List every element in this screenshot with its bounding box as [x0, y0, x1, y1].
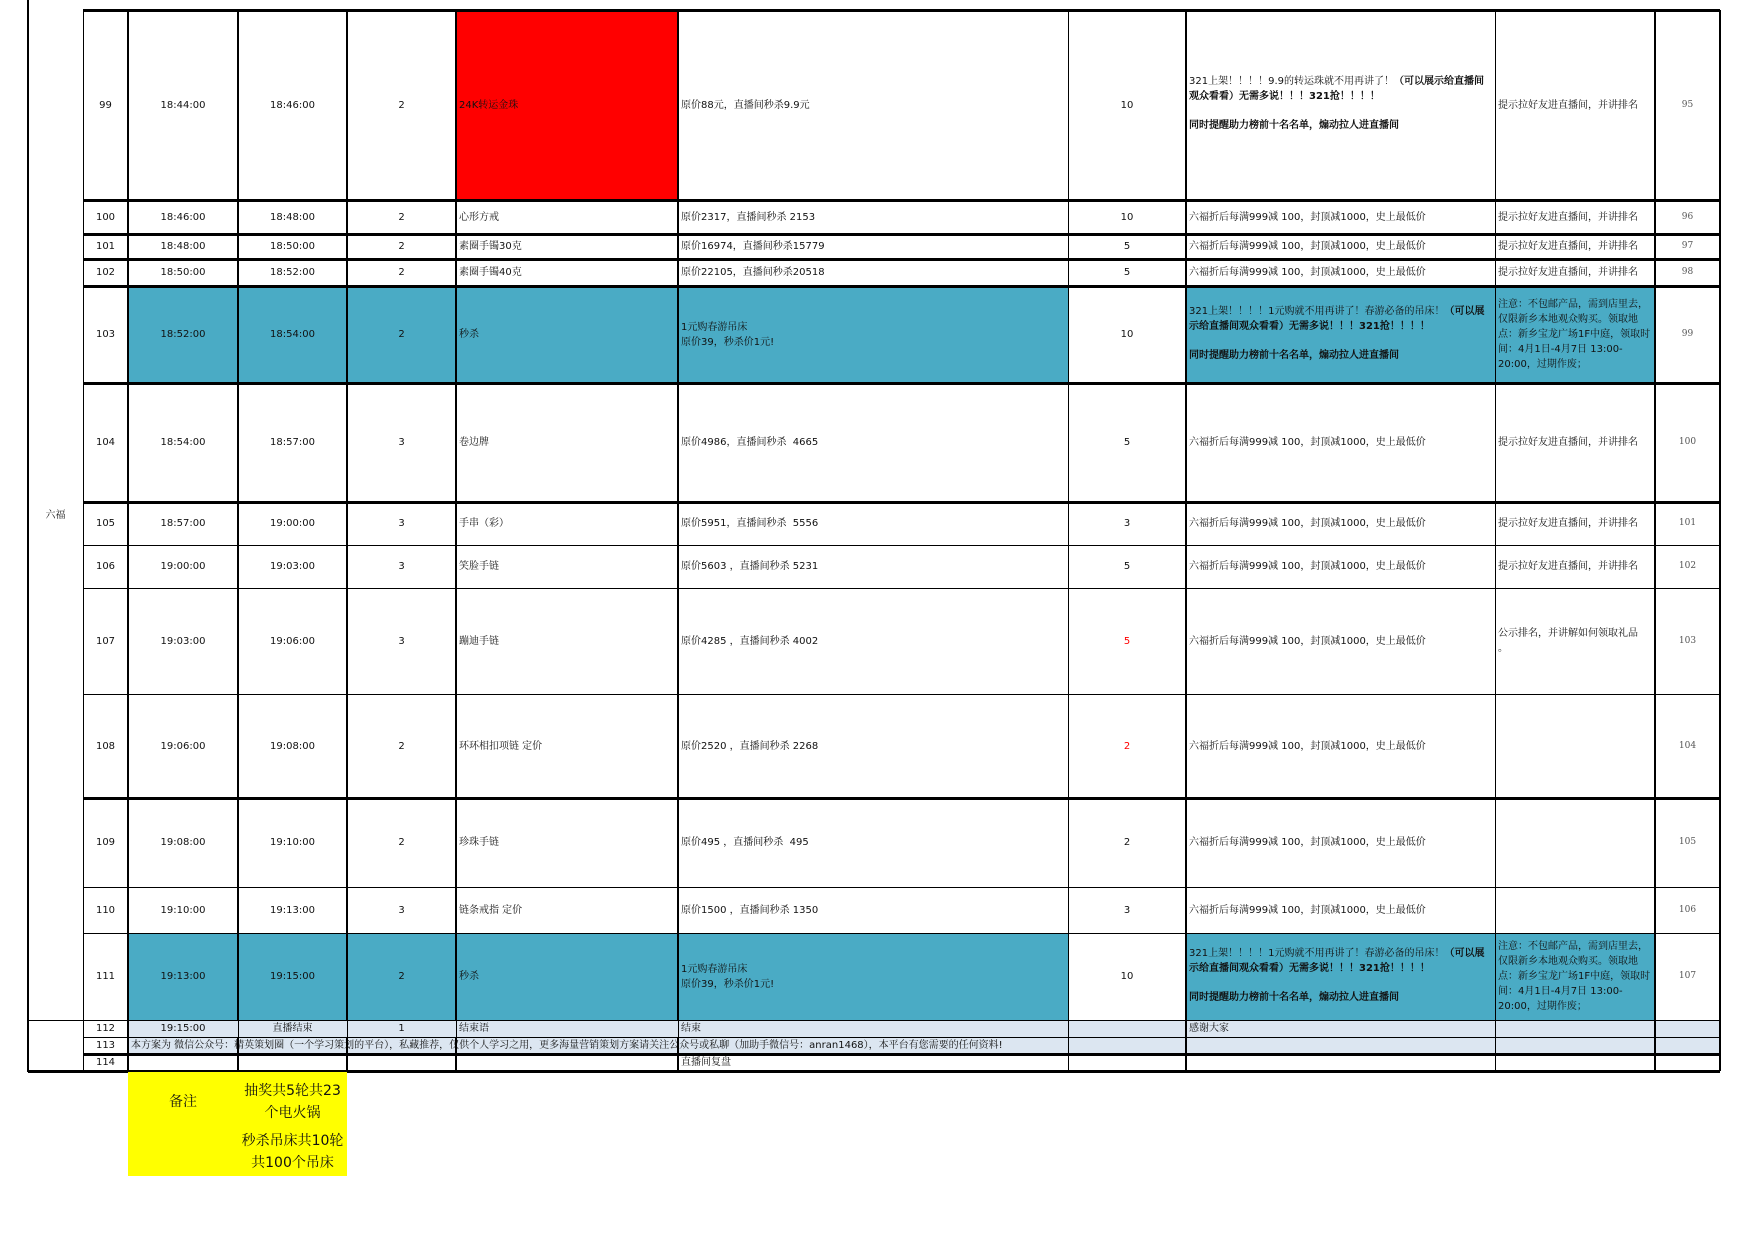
quantity: 3: [1068, 502, 1186, 545]
quantity: 2: [1068, 798, 1186, 887]
script-text: 321上架！！！！1元购就不用再讲了！春游必备的吊床！: [1189, 948, 1444, 959]
host-note: 提示拉好友进直播间，并讲排名: [1495, 259, 1655, 286]
duration: 3: [347, 502, 456, 545]
price-description: 原价5603 ，直播间秒杀 5231: [678, 545, 1068, 588]
row-number: 104: [83, 383, 128, 502]
host-note: 提示拉好友进直播间，并讲排名: [1495, 545, 1655, 588]
price-description: 直播间复盘: [678, 1054, 1068, 1071]
grid-line: [677, 1037, 679, 1071]
reference-number: 107: [1655, 933, 1720, 1020]
product-name: 链条戒指 定价: [456, 887, 678, 933]
host-note: 提示拉好友进直播间，并讲排名: [1495, 234, 1655, 259]
quantity: 5: [1068, 588, 1186, 694]
host-note: 注意：不包邮产品，需到店里去，仅限新乡本地观众购买。领取地点：新乡宝龙广场1F中…: [1495, 933, 1655, 1020]
price-description: 原价22105，直播间秒杀20518: [678, 259, 1068, 286]
product-name: 结束语: [456, 1020, 678, 1037]
end-time: 19:08:00: [238, 694, 347, 798]
row-number: 100: [83, 200, 128, 234]
product-name: 秒杀: [456, 933, 678, 1020]
start-time: 19:00:00: [128, 545, 238, 588]
price-description: 原价4986，直播间秒杀 4665: [678, 383, 1068, 502]
price-description: 原价88元，直播间秒杀9.9元: [678, 10, 1068, 200]
start-time: 18:44:00: [128, 10, 238, 200]
host-note: 公示排名，并讲解如何领取礼品 。: [1495, 588, 1655, 694]
row-number: 106: [83, 545, 128, 588]
grid-line: [83, 545, 1720, 546]
script-text: 321上架！！！！1元购就不用再讲了！春游必备的吊床！: [1189, 306, 1444, 317]
start-time: 18:54:00: [128, 383, 238, 502]
reference-number: 106: [1655, 887, 1720, 933]
start-time: 19:13:00: [128, 933, 238, 1020]
duration: 3: [347, 588, 456, 694]
grid-line: [1068, 1037, 1069, 1071]
grid-line: [456, 1020, 457, 1037]
product-name: 心形方戒: [456, 200, 678, 234]
product-name: 手串（彩）: [456, 502, 678, 545]
duration: 2: [347, 933, 456, 1020]
price-description: 原价2317，直播间秒杀 2153: [678, 200, 1068, 234]
reference-number: 99: [1655, 286, 1720, 383]
host-script: 感谢大家: [1186, 1020, 1495, 1037]
quantity: 10: [1068, 200, 1186, 234]
end-time: 18:54:00: [238, 286, 347, 383]
grid-line: [1068, 1020, 1069, 1037]
grid-line: [83, 887, 1720, 888]
script-reminder: 同时提醒助力榜前十名名单，煽动拉人进直播间: [1189, 118, 1492, 133]
end-time: 18:57:00: [238, 383, 347, 502]
host-script: 321上架！！！！1元购就不用再讲了！春游必备的吊床！（可以展示给直播间观众看看…: [1186, 933, 1495, 1020]
row-number: 102: [83, 259, 128, 286]
end-time: 18:46:00: [238, 10, 347, 200]
end-time: 直播结束: [238, 1020, 347, 1037]
quantity: 2: [1068, 694, 1186, 798]
host-script: 六福折后每满999减 100，封顶减1000，史上最低价: [1186, 798, 1495, 887]
host-note: 提示拉好友进直播间，并讲排名: [1495, 383, 1655, 502]
notes-box: 备注 抽奖共5轮共23个电火锅 秒杀吊床共10轮共100个吊床: [128, 1072, 347, 1176]
product-name: 秒杀: [456, 286, 678, 383]
grid-line: [83, 9, 1720, 12]
grid-line: [27, 0, 29, 1072]
host-script: 321上架！！！！9.9的转运珠就不用再讲了！（可以展示给直播间观众看看）无需多…: [1186, 10, 1495, 200]
row-number: 105: [83, 502, 128, 545]
reference-number: 95: [1655, 10, 1720, 200]
grid-line: [28, 1020, 1720, 1021]
host-script: 六福折后每满999减 100，封顶减1000，史上最低价: [1186, 234, 1495, 259]
script-text: 321上架！！！！9.9的转运珠就不用再讲了！: [1189, 76, 1394, 87]
duration: 2: [347, 694, 456, 798]
host-note: 提示拉好友进直播间，并讲排名: [1495, 200, 1655, 234]
start-time: 18:46:00: [128, 200, 238, 234]
reference-number: 101: [1655, 502, 1720, 545]
price-description: 原价495 ，直播间秒杀 495: [678, 798, 1068, 887]
duration: 2: [347, 10, 456, 200]
grid-line: [1068, 10, 1069, 1020]
notes-lottery: 抽奖共5轮共23个电火锅: [238, 1078, 347, 1126]
row-number: 101: [83, 234, 128, 259]
end-time: 19:10:00: [238, 798, 347, 887]
product-name: 卷边牌: [456, 383, 678, 502]
row-number: 113: [83, 1037, 128, 1054]
grid-line: [83, 501, 1720, 504]
end-time: 19:00:00: [238, 502, 347, 545]
spreadsheet-page: 9918:44:0018:46:00224K转运金珠原价88元，直播间秒杀9.9…: [0, 0, 1753, 1240]
product-name: 素圈手镯40克: [456, 259, 678, 286]
disclaimer-text: 本方案为 微信公众号：精英策划圈（一个学习策划的平台），私藏推荐，仅供个人学习之…: [128, 1037, 1495, 1054]
grid-line: [237, 10, 239, 1020]
grid-line: [83, 588, 1720, 589]
host-script: 六福折后每满999减 100，封顶减1000，史上最低价: [1186, 588, 1495, 694]
grid-line: [346, 1037, 348, 1071]
product-name: 素圈手镯30克: [456, 234, 678, 259]
price-description: 1元购春游吊床 原价39，秒杀价1元!: [678, 933, 1068, 1020]
grid-line: [83, 285, 1720, 288]
product-name: 珍珠手链: [456, 798, 678, 887]
reference-number: 100: [1655, 383, 1720, 502]
host-script: 321上架！！！！1元购就不用再讲了！春游必备的吊床！（可以展示给直播间观众看看…: [1186, 286, 1495, 383]
grid-line: [83, 199, 1720, 202]
start-time: 18:50:00: [128, 259, 238, 286]
price-description: 原价2520 ，直播间秒杀 2268: [678, 694, 1068, 798]
row-number: 110: [83, 887, 128, 933]
grid-line: [678, 1020, 679, 1037]
grid-line: [1719, 10, 1721, 1071]
duration: 3: [347, 545, 456, 588]
price-description: 原价4285 ，直播间秒杀 4002: [678, 588, 1068, 694]
duration: 2: [347, 286, 456, 383]
grid-line: [83, 382, 1720, 385]
host-script: 六福折后每满999减 100，封顶减1000，史上最低价: [1186, 502, 1495, 545]
duration: 3: [347, 383, 456, 502]
start-time: 19:03:00: [128, 588, 238, 694]
start-time: 18:48:00: [128, 234, 238, 259]
price-description: 结束: [678, 1020, 1068, 1037]
reference-number: 97: [1655, 234, 1720, 259]
duration: 3: [347, 887, 456, 933]
row-number: 99: [83, 10, 128, 200]
end-time: 18:50:00: [238, 234, 347, 259]
grid-line: [238, 1020, 239, 1037]
end-time: 18:52:00: [238, 259, 347, 286]
grid-line: [346, 10, 348, 1020]
quantity: 3: [1068, 887, 1186, 933]
host-script: 六福折后每满999减 100，封顶减1000，史上最低价: [1186, 694, 1495, 798]
grid-line: [455, 10, 457, 1020]
row-number: 111: [83, 933, 128, 1020]
duration: 2: [347, 200, 456, 234]
start-time: 19:15:00: [128, 1020, 238, 1037]
duration: 2: [347, 798, 456, 887]
host-script: 六福折后每满999减 100，封顶减1000，史上最低价: [1186, 887, 1495, 933]
grid-line: [127, 10, 129, 1071]
end-time: 18:48:00: [238, 200, 347, 234]
grid-line: [83, 233, 1720, 236]
reference-number: 96: [1655, 200, 1720, 234]
start-time: 18:52:00: [128, 286, 238, 383]
start-time: 19:10:00: [128, 887, 238, 933]
quantity: 10: [1068, 286, 1186, 383]
price-description: 原价5951，直播间秒杀 5556: [678, 502, 1068, 545]
row-number: 114: [83, 1054, 128, 1071]
row-number: 109: [83, 798, 128, 887]
row-number: 112: [83, 1020, 128, 1037]
price-description: 原价1500 ，直播间秒杀 1350: [678, 887, 1068, 933]
reference-number: 98: [1655, 259, 1720, 286]
row-number: 103: [83, 286, 128, 383]
script-reminder: 同时提醒助力榜前十名名单，煽动拉人进直播间: [1189, 348, 1492, 363]
quantity: 5: [1068, 383, 1186, 502]
grid-line: [677, 10, 679, 1020]
grid-line: [83, 1037, 1720, 1038]
host-script: 六福折后每满999减 100，封顶减1000，史上最低价: [1186, 383, 1495, 502]
duration: 1: [347, 1020, 456, 1037]
grid-line: [83, 694, 1720, 695]
script-reminder: 同时提醒助力榜前十名名单，煽动拉人进直播间: [1189, 990, 1492, 1005]
host-note: 注意：不包邮产品，需到店里去，仅限新乡本地观众购买。领取地点：新乡宝龙广场1F中…: [1495, 286, 1655, 383]
quantity: 5: [1068, 545, 1186, 588]
reference-number: 103: [1655, 588, 1720, 694]
reference-number: 105: [1655, 798, 1720, 887]
section-label: 六福: [28, 10, 83, 1020]
grid-line: [1185, 10, 1187, 1071]
reference-number: 102: [1655, 545, 1720, 588]
notes-flash-sale: 秒杀吊床共10轮共100个吊床: [238, 1128, 347, 1176]
price-description: 原价16974，直播间秒杀15779: [678, 234, 1068, 259]
start-time: 19:06:00: [128, 694, 238, 798]
product-name: 环环相扣项链 定价: [456, 694, 678, 798]
grid-line: [83, 797, 1720, 800]
start-time: 19:08:00: [128, 798, 238, 887]
product-name: 笑脸手链: [456, 545, 678, 588]
quantity: 5: [1068, 234, 1186, 259]
grid-line: [83, 1053, 1720, 1056]
grid-line: [237, 1037, 239, 1071]
host-script: 六福折后每满999减 100，封顶减1000，史上最低价: [1186, 545, 1495, 588]
end-time: 19:03:00: [238, 545, 347, 588]
reference-number: 104: [1655, 694, 1720, 798]
grid-line: [83, 10, 84, 1071]
quantity: 10: [1068, 933, 1186, 1020]
end-time: 19:06:00: [238, 588, 347, 694]
grid-line: [1654, 10, 1656, 1071]
grid-line: [1495, 10, 1496, 1071]
grid-line: [347, 1020, 348, 1037]
end-time: 19:15:00: [238, 933, 347, 1020]
row-number: 108: [83, 694, 128, 798]
product-name: 24K转运金珠: [456, 10, 678, 200]
row-number: 107: [83, 588, 128, 694]
notes-label: 备注: [128, 1072, 238, 1132]
quantity: 10: [1068, 10, 1186, 200]
end-time: 19:13:00: [238, 887, 347, 933]
grid-line: [83, 258, 1720, 261]
host-script: 六福折后每满999减 100，封顶减1000，史上最低价: [1186, 259, 1495, 286]
grid-line: [83, 933, 1720, 934]
host-script: 六福折后每满999减 100，封顶减1000，史上最低价: [1186, 200, 1495, 234]
quantity: 5: [1068, 259, 1186, 286]
price-description: 1元购春游吊床 原价39，秒杀价1元!: [678, 286, 1068, 383]
duration: 2: [347, 259, 456, 286]
grid-line: [455, 1037, 457, 1071]
host-note: 提示拉好友进直播间，并讲排名: [1495, 502, 1655, 545]
host-note: 提示拉好友进直播间，并讲排名: [1495, 10, 1655, 200]
start-time: 18:57:00: [128, 502, 238, 545]
duration: 2: [347, 234, 456, 259]
product-name: 蹦迪手链: [456, 588, 678, 694]
